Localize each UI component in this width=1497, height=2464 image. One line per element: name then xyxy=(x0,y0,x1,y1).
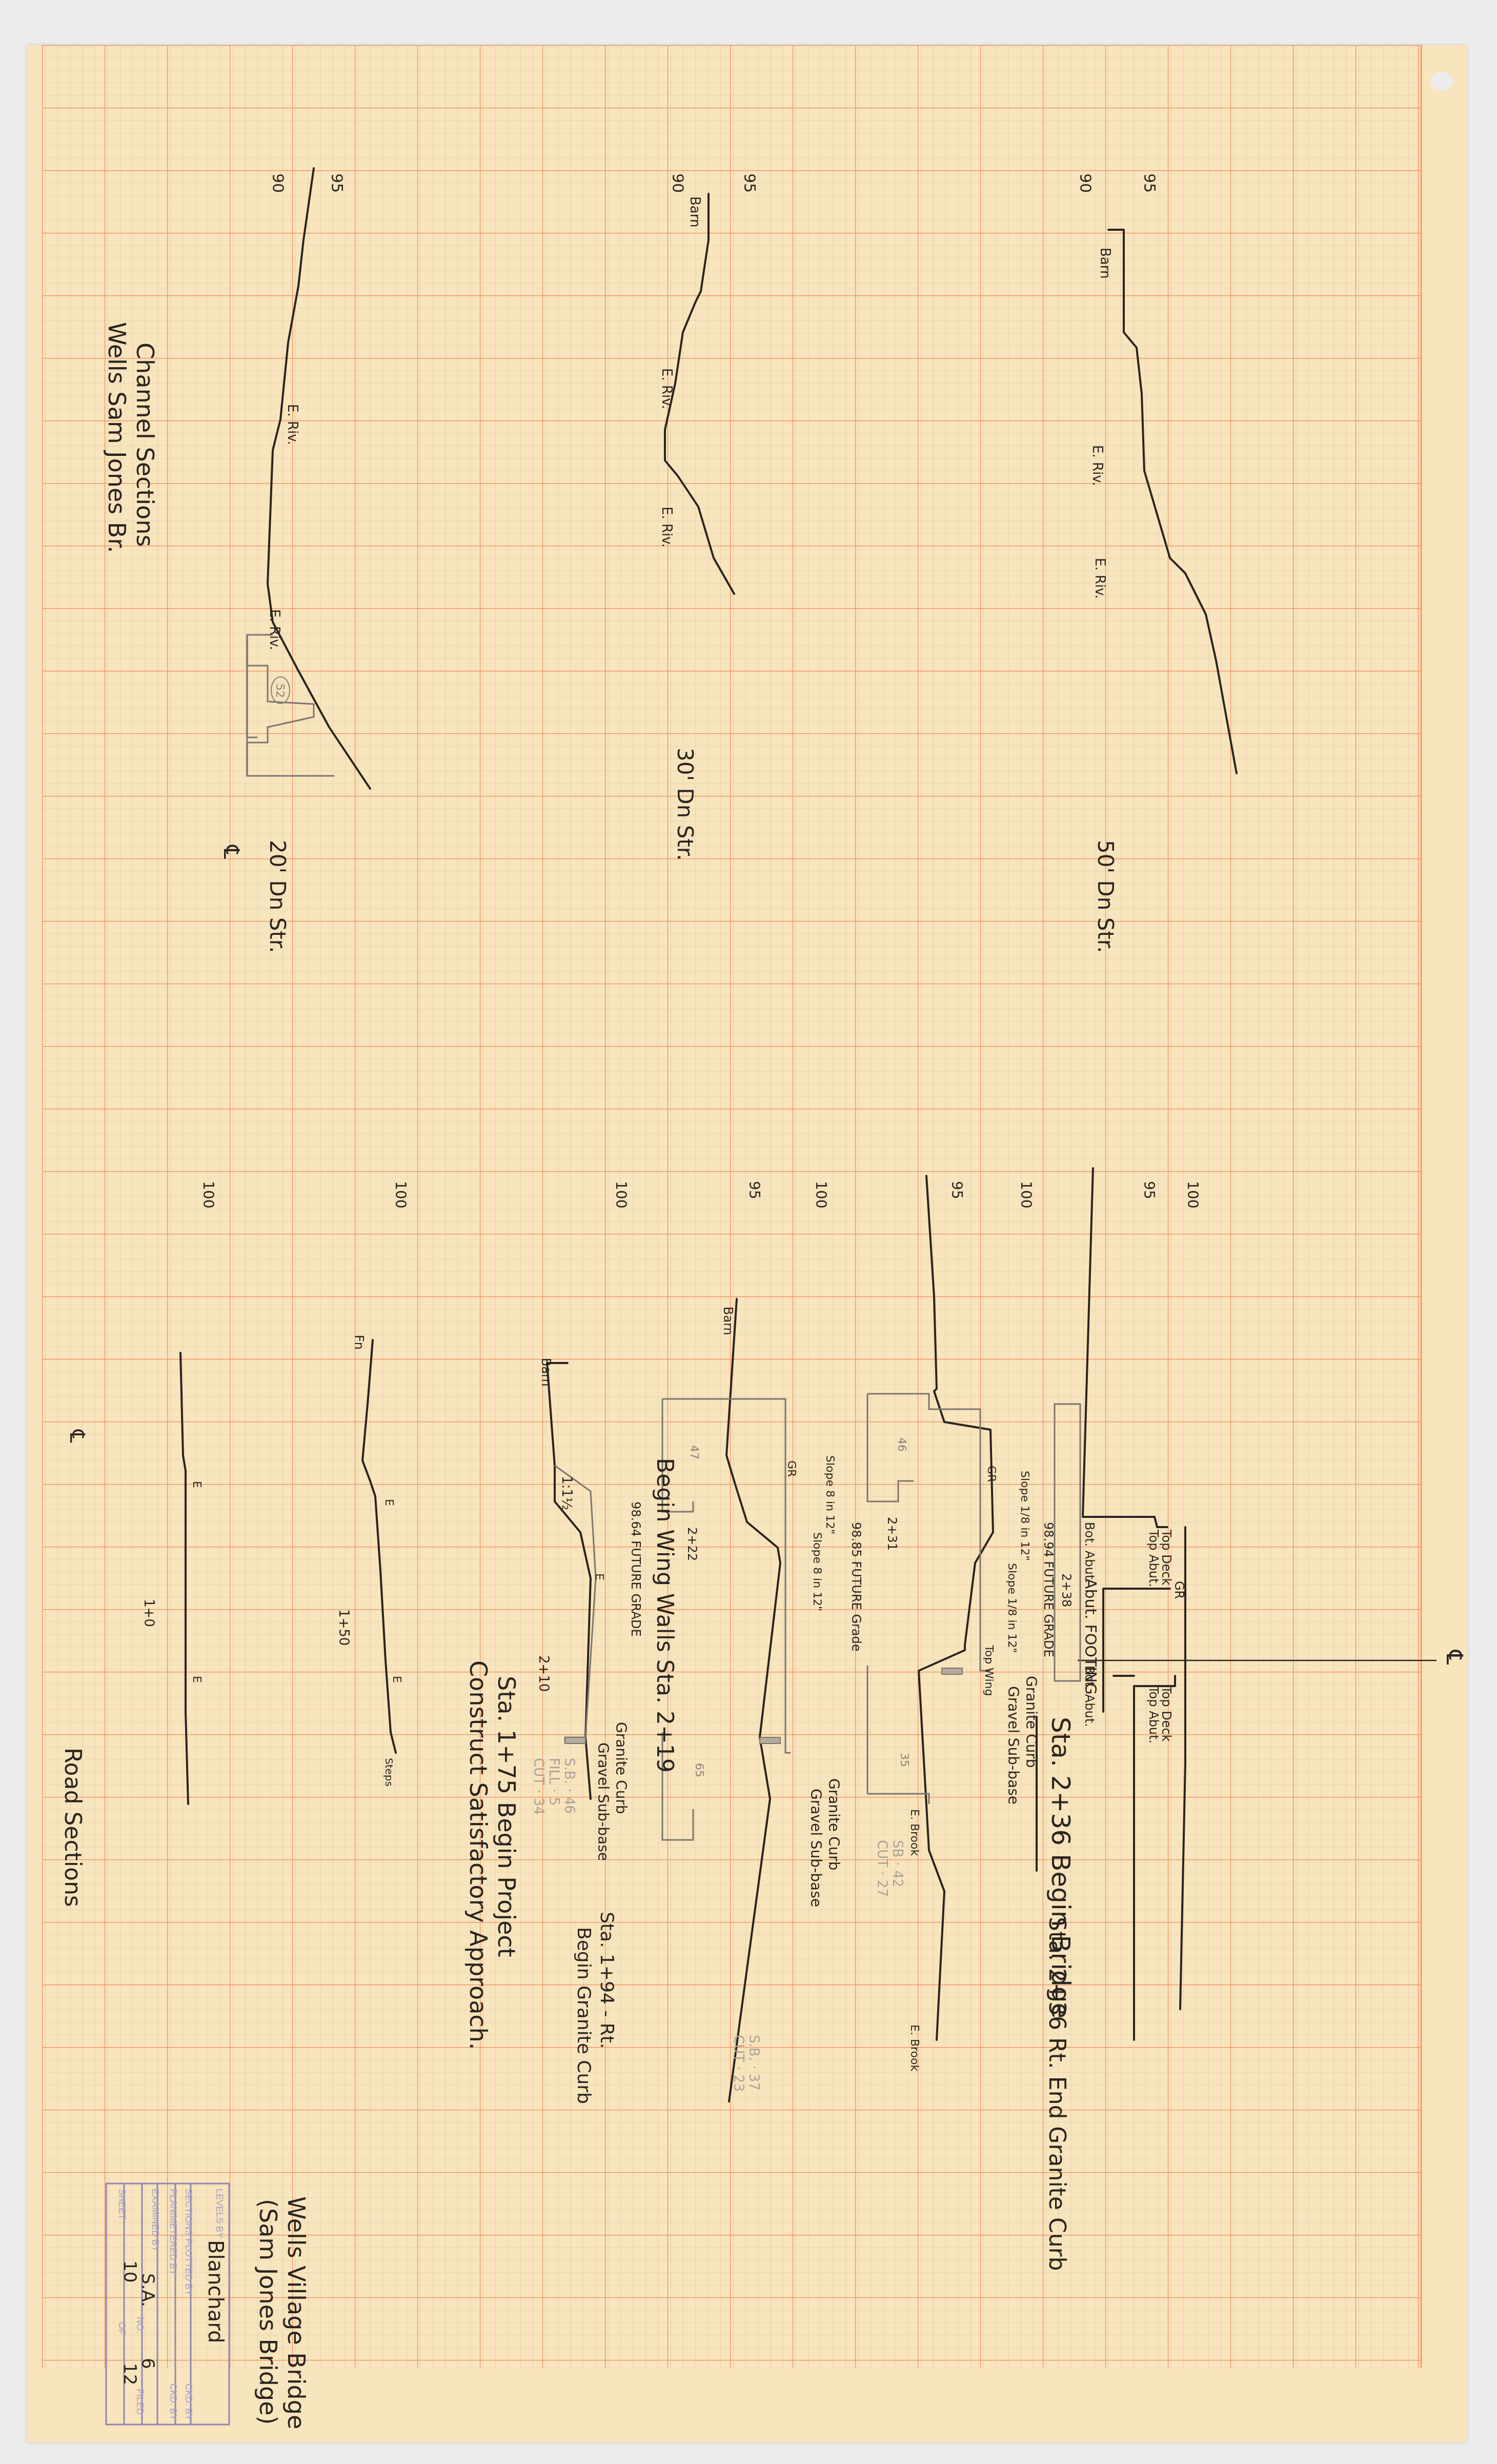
tick-100: 100 xyxy=(613,1181,630,1208)
station-2-10: 2+10 xyxy=(536,1655,551,1692)
tick-90: 90 xyxy=(269,173,287,193)
tick-95: 95 xyxy=(1140,173,1158,193)
label-e-brook: E. Brook xyxy=(908,1809,921,1856)
section-name-50ft: 50' Dn Str. xyxy=(1093,840,1118,953)
tick-100: 100 xyxy=(200,1181,217,1208)
label-e-riv: E. Riv. xyxy=(285,404,300,445)
future-grade-98-64: 98.64 FUTURE GRADE xyxy=(629,1501,643,1637)
label-bot-abut: Bot. Abut. xyxy=(1082,1522,1097,1584)
quantity-sb: S.B. · 46 xyxy=(561,1758,577,1814)
centerline-symbol: ℄ xyxy=(1441,1650,1467,1665)
title-line-2: (Sam Jones Bridge) xyxy=(254,2199,282,2425)
label-barn: Barn xyxy=(687,196,702,227)
channel-heading: Channel Sections xyxy=(131,343,159,547)
label-barn: Barn xyxy=(1097,248,1112,278)
quantity-sb: SB · 42 xyxy=(889,1840,905,1887)
label-granite-curb: Granite Curb xyxy=(825,1778,842,1871)
sheet-label: SHEET xyxy=(117,2189,127,2219)
label-slope-upper: Slope 8 in 12" xyxy=(823,1455,836,1534)
quantity-cut: CUT · 34 xyxy=(531,1758,546,1815)
tick-90: 90 xyxy=(1076,173,1094,193)
label-e-brook: E. Brook xyxy=(908,2025,921,2071)
tick-95: 95 xyxy=(328,173,346,193)
drawing-canvas: 95 90 Barn E. Riv. E. Riv. 50' Dn Str. 9… xyxy=(27,45,1467,2442)
label-e: E xyxy=(382,1499,395,1506)
label-slope-lower: Slope 8 in 12" xyxy=(811,1532,823,1611)
label-gr: GR xyxy=(785,1460,798,1477)
label-e-riv: E. Riv. xyxy=(267,609,282,650)
sa-number: 6 xyxy=(137,2358,158,2369)
examined-by-label: EXAMINED BY xyxy=(150,2189,160,2252)
ckd-by-label: CKD. BY xyxy=(168,2383,178,2420)
section-name-20ft: 20' Dn Str. xyxy=(265,840,290,953)
label-top-abut: Top Abut. xyxy=(1146,1529,1161,1587)
punch-hole xyxy=(1430,72,1453,90)
label-gravel-subbase: Gravel Sub-base xyxy=(1005,1686,1022,1805)
station-1-50: 1+50 xyxy=(336,1609,351,1646)
section-name-30ft: 30' Dn Str. xyxy=(673,748,698,861)
no-label: NO. xyxy=(135,2317,145,2333)
sheet-total: 12 xyxy=(119,2363,140,2385)
label-gr: GR xyxy=(985,1466,998,1482)
label-granite-curb: Granite Curb xyxy=(1023,1676,1040,1768)
of-label: OF xyxy=(117,2322,127,2335)
levels-by-value: Blanchard xyxy=(204,2240,227,2343)
label-e: E xyxy=(190,1481,203,1488)
centerline-symbol: ℄ xyxy=(219,845,244,859)
label-granite-curb: Granite Curb xyxy=(613,1722,630,1814)
road-sections-heading: Road Sections xyxy=(59,1748,86,1907)
label-bot-abut: Bot. Abut. xyxy=(1082,1666,1097,1727)
quantity-cut: CUT · 27 xyxy=(874,1840,889,1897)
tick-100: 100 xyxy=(1184,1181,1201,1208)
sections-plotted-by-label: SECTIONS PLOTTED BY xyxy=(184,2189,194,2296)
tick-95: 95 xyxy=(1141,1181,1158,1199)
label-gravel-subbase: Gravel Sub-base xyxy=(807,1789,824,1907)
tick-100: 100 xyxy=(392,1181,409,1208)
note-begin-granite-curb: Begin Granite Curb xyxy=(573,1927,594,2104)
centerline-symbol: ℄ xyxy=(65,1429,89,1443)
sa-prefix: S.A. xyxy=(137,2273,158,2307)
abutment-tag-35: 35 xyxy=(898,1753,911,1767)
station-1-0: 1+0 xyxy=(141,1599,156,1627)
ckd-by-label: CKD. BY xyxy=(184,2383,194,2420)
graph-paper-sheet: 95 90 Barn E. Riv. E. Riv. 50' Dn Str. 9… xyxy=(27,45,1467,2442)
label-barn: Barn xyxy=(539,1358,553,1387)
future-grade-98-94: 98.94 FUTURE GRADE xyxy=(1041,1522,1056,1657)
abutment-tag-65: 65 xyxy=(693,1763,705,1777)
quantity-sb: S.B. · 37 xyxy=(746,2035,761,2091)
label-top-deck: Top Deck xyxy=(1159,1529,1174,1586)
label-gravel-subbase: Gravel Sub-base xyxy=(595,1742,612,1861)
label-barn: Barn xyxy=(721,1307,735,1335)
station-2-31: 2+31 xyxy=(885,1517,899,1551)
label-e: E xyxy=(593,1573,605,1580)
abutment-tag-47: 47 xyxy=(687,1445,700,1459)
abutment-tag-46: 46 xyxy=(895,1437,908,1452)
label-top-wing: Top Wing xyxy=(982,1645,995,1696)
future-grade-98-85: 98.85 FUTURE Grade xyxy=(849,1522,863,1652)
label-steps: Steps xyxy=(383,1758,395,1787)
label-top-deck: Top Deck xyxy=(1159,1686,1174,1742)
note-begin-wing-walls: Begin Wing Walls Sta. 2+19 xyxy=(652,1458,678,1773)
tick-100: 100 xyxy=(1018,1181,1035,1208)
station-2-38: 2+38 xyxy=(1059,1573,1074,1607)
label-slope-upper: Slope 1/8 in 12" xyxy=(1018,1471,1031,1561)
channel-subheading: Wells Sam Jones Br. xyxy=(103,322,131,553)
tick-95: 95 xyxy=(746,1181,763,1199)
label-top-abut: Top Abut. xyxy=(1146,1686,1161,1744)
tick-100: 100 xyxy=(813,1181,830,1208)
label-e-riv: E. Riv. xyxy=(1092,558,1107,599)
graph-grid xyxy=(42,45,1421,2368)
label-fn: Fn xyxy=(352,1335,366,1350)
label-e-riv: E. Riv. xyxy=(1089,445,1105,486)
levels-by-label: LEVELS BY xyxy=(214,2189,225,2238)
tick-95: 95 xyxy=(740,173,758,193)
station-2-22: 2+22 xyxy=(685,1527,699,1561)
abutment-tag-52: 52 xyxy=(273,684,286,698)
filed-label: FILED xyxy=(135,2389,145,2415)
note-sta-1-94: Sta. 1+94 - Rt. xyxy=(596,1912,617,2049)
tick-95: 95 xyxy=(948,1181,965,1199)
planimetered-by-label: PLANIMETERED BY xyxy=(168,2189,178,2275)
note-construct-approach: Construct Satisfactory Approach. xyxy=(464,1660,492,2050)
sheet-number: 10 xyxy=(119,2260,140,2282)
label-slope-lower: Slope 1/8 in 12" xyxy=(1005,1563,1018,1653)
title-line-1: Wells Village Bridge xyxy=(282,2196,310,2429)
quantity-fill: FILL · 5 xyxy=(546,1758,561,1806)
label-e-riv: E. Riv. xyxy=(659,507,674,548)
tick-90: 90 xyxy=(669,173,686,193)
note-begin-project: Sta. 1+75 Begin Project xyxy=(493,1676,520,1957)
label-e-riv: E. Riv. xyxy=(659,368,674,409)
label-e: E xyxy=(190,1676,203,1683)
quantity-cut: CUT · 23 xyxy=(731,2035,746,2092)
label-slope-1-1-5: 1:1½ xyxy=(559,1476,574,1510)
label-e: E xyxy=(390,1676,403,1683)
note-end-granite-curb: Sta. 2+36 Rt. End Granite Curb xyxy=(1044,1917,1070,2271)
label-gr: GR xyxy=(1172,1581,1186,1599)
